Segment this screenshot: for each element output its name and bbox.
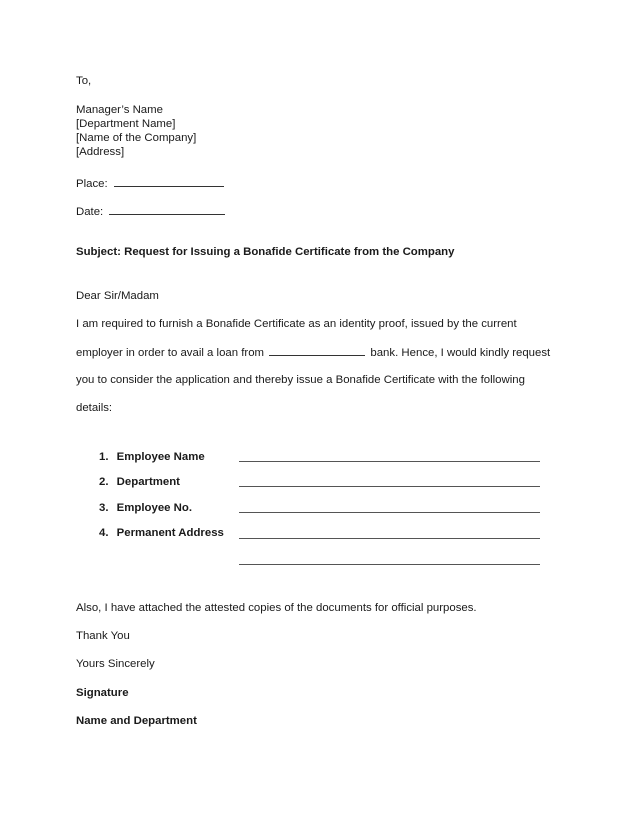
recipient-address: [Address] bbox=[76, 145, 124, 159]
name-department-label: Name and Department bbox=[76, 714, 197, 728]
subject-line: Subject: Request for Issuing a Bonafide … bbox=[76, 245, 454, 259]
sign-off: Yours Sincerely bbox=[76, 657, 155, 671]
detail-label: Employee Name bbox=[117, 451, 205, 463]
place-blank[interactable] bbox=[114, 176, 224, 187]
recipient-company: [Name of the Company] bbox=[76, 131, 196, 145]
permanent-address-blank[interactable] bbox=[239, 538, 540, 539]
detail-item: 4. Permanent Address bbox=[99, 526, 224, 540]
employee-no-blank[interactable] bbox=[239, 512, 540, 513]
body-line-4: details: bbox=[76, 401, 112, 415]
body-line-1: I am required to furnish a Bonafide Cert… bbox=[76, 317, 517, 331]
place-label: Place: bbox=[76, 178, 108, 190]
date-label: Date: bbox=[76, 206, 103, 218]
department-blank[interactable] bbox=[239, 486, 540, 487]
greeting: Dear Sir/Madam bbox=[76, 289, 159, 303]
signature-label: Signature bbox=[76, 686, 129, 700]
detail-number: 4. bbox=[99, 527, 109, 539]
detail-label: Employee No. bbox=[117, 502, 192, 514]
place-field: Place: bbox=[76, 176, 224, 191]
body-line-2-after: bank. Hence, I would kindly request bbox=[370, 347, 550, 359]
permanent-address-blank-2[interactable] bbox=[239, 564, 540, 565]
detail-item: 1. Employee Name bbox=[99, 450, 205, 464]
body-line-2: employer in order to avail a loan from b… bbox=[76, 345, 550, 360]
thanks: Thank You bbox=[76, 629, 130, 643]
detail-item: 2. Department bbox=[99, 475, 180, 489]
recipient-department: [Department Name] bbox=[76, 117, 175, 131]
detail-number: 2. bbox=[99, 476, 109, 488]
body-line-2-before: employer in order to avail a loan from bbox=[76, 347, 264, 359]
detail-number: 1. bbox=[99, 451, 109, 463]
employee-name-blank[interactable] bbox=[239, 461, 540, 462]
detail-number: 3. bbox=[99, 502, 109, 514]
to-line: To, bbox=[76, 74, 91, 88]
closing-note: Also, I have attached the attested copie… bbox=[76, 601, 477, 615]
bank-name-blank[interactable] bbox=[269, 345, 365, 356]
recipient-name: Manager’s Name bbox=[76, 103, 163, 117]
detail-label: Permanent Address bbox=[117, 527, 224, 539]
date-blank[interactable] bbox=[109, 204, 225, 215]
body-line-3: you to consider the application and ther… bbox=[76, 373, 525, 387]
detail-label: Department bbox=[117, 476, 180, 488]
detail-item: 3. Employee No. bbox=[99, 501, 192, 515]
date-field: Date: bbox=[76, 204, 225, 219]
